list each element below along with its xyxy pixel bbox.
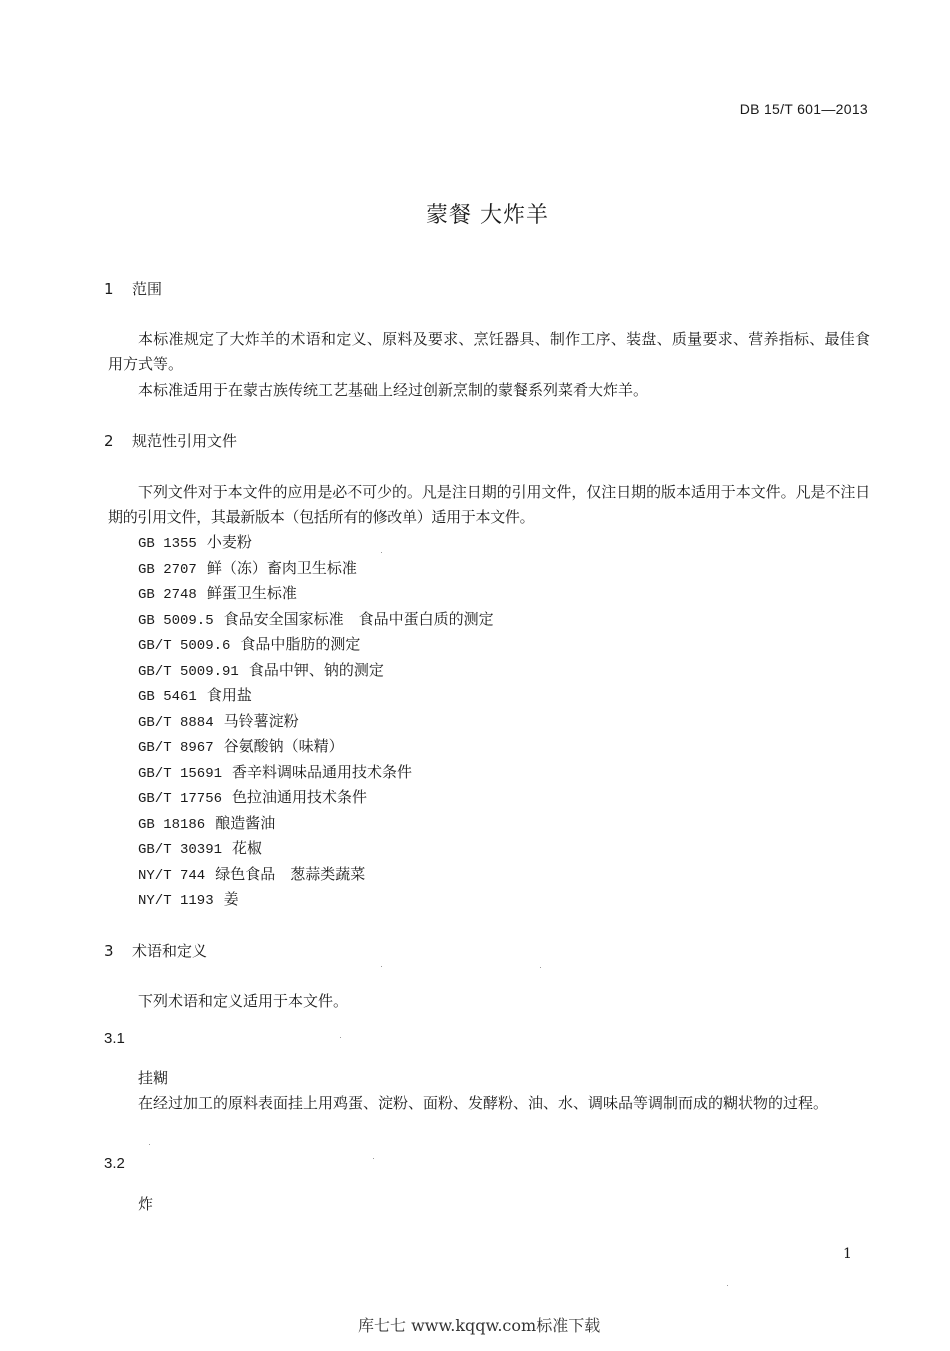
document-title: 蒙餐 大炸羊 bbox=[0, 198, 950, 229]
term-number: 3.1 bbox=[104, 1030, 125, 1047]
term-number: 3.2 bbox=[104, 1155, 125, 1172]
section-3-paragraph: 下列术语和定义适用于本文件。 bbox=[108, 989, 870, 1014]
reference-item: GB 2707鲜（冻）畜肉卫生标准 bbox=[138, 556, 494, 582]
reference-code: GB/T 8967 bbox=[138, 740, 214, 756]
section-title: 术语和定义 bbox=[132, 942, 207, 960]
reference-code: GB 1355 bbox=[138, 536, 197, 552]
reference-title: 小麦粉 bbox=[207, 533, 252, 551]
reference-title: 鲜蛋卫生标准 bbox=[207, 584, 297, 602]
reference-title: 食用盐 bbox=[207, 686, 252, 704]
reference-title: 马铃薯淀粉 bbox=[224, 712, 299, 730]
reference-item: NY/T 1193姜 bbox=[138, 887, 494, 913]
scan-speck bbox=[540, 967, 541, 968]
reference-code: GB 5461 bbox=[138, 689, 197, 705]
reference-item: GB/T 5009.91食品中钾、钠的测定 bbox=[138, 658, 494, 684]
term-name: 挂糊 bbox=[138, 1067, 168, 1088]
reference-code: GB 2707 bbox=[138, 562, 197, 578]
section-number: 2 bbox=[104, 432, 132, 450]
reference-code: GB/T 5009.91 bbox=[138, 664, 239, 680]
reference-code: GB/T 8884 bbox=[138, 715, 214, 731]
reference-title: 食品安全国家标准 食品中蛋白质的测定 bbox=[224, 610, 494, 628]
reference-code: GB 2748 bbox=[138, 587, 197, 603]
reference-title: 食品中脂肪的测定 bbox=[240, 635, 360, 653]
reference-title: 绿色食品 葱蒜类蔬菜 bbox=[215, 865, 365, 883]
section-number: 3 bbox=[104, 942, 132, 960]
reference-item: GB/T 5009.6食品中脂肪的测定 bbox=[138, 632, 494, 658]
reference-title: 色拉油通用技术条件 bbox=[232, 788, 367, 806]
term-name: 炸 bbox=[138, 1193, 153, 1214]
scan-speck bbox=[727, 1285, 728, 1286]
reference-item: GB/T 8884马铃薯淀粉 bbox=[138, 709, 494, 735]
section-2-heading: 2规范性引用文件 bbox=[104, 430, 237, 451]
section-3-heading: 3术语和定义 bbox=[104, 940, 207, 961]
reference-code: GB 5009.5 bbox=[138, 613, 214, 629]
normative-reference-list: GB 1355小麦粉 GB 2707鲜（冻）畜肉卫生标准 GB 2748鲜蛋卫生… bbox=[138, 530, 494, 913]
reference-title: 谷氨酸钠（味精） bbox=[224, 737, 344, 755]
section-1-paragraph-1: 本标准规定了大炸羊的术语和定义、原料及要求、烹饪器具、制作工序、装盘、质量要求、… bbox=[108, 327, 870, 377]
scan-speck bbox=[340, 1037, 341, 1038]
reference-item: GB/T 17756色拉油通用技术条件 bbox=[138, 785, 494, 811]
reference-title: 食品中钾、钠的测定 bbox=[249, 661, 384, 679]
scan-speck bbox=[381, 552, 382, 553]
section-number: 1 bbox=[104, 280, 132, 298]
reference-code: GB/T 30391 bbox=[138, 842, 222, 858]
reference-code: GB 18186 bbox=[138, 817, 205, 833]
reference-item: GB 5009.5食品安全国家标准 食品中蛋白质的测定 bbox=[138, 607, 494, 633]
reference-item: GB 18186酿造酱油 bbox=[138, 811, 494, 837]
reference-item: GB 1355小麦粉 bbox=[138, 530, 494, 556]
term-definition: 在经过加工的原料表面挂上用鸡蛋、淀粉、面粉、发酵粉、油、水、调味品等调制而成的糊… bbox=[108, 1091, 870, 1116]
reference-item: NY/T 744绿色食品 葱蒜类蔬菜 bbox=[138, 862, 494, 888]
section-1-paragraph-2: 本标准适用于在蒙古族传统工艺基础上经过创新烹制的蒙餐系列菜肴大炸羊。 bbox=[108, 378, 870, 403]
reference-item: GB 2748鲜蛋卫生标准 bbox=[138, 581, 494, 607]
section-2-paragraph: 下列文件对于本文件的应用是必不可少的。凡是注日期的引用文件，仅注日期的版本适用于… bbox=[108, 480, 870, 530]
reference-code: NY/T 744 bbox=[138, 868, 205, 884]
reference-code: GB/T 5009.6 bbox=[138, 638, 230, 654]
scan-speck bbox=[149, 1144, 150, 1145]
page-number: 1 bbox=[843, 1246, 852, 1262]
reference-item: GB/T 15691香辛料调味品通用技术条件 bbox=[138, 760, 494, 786]
reference-title: 酿造酱油 bbox=[215, 814, 275, 832]
section-1-heading: 1范围 bbox=[104, 278, 162, 299]
reference-item: GB 5461食用盐 bbox=[138, 683, 494, 709]
reference-title: 姜 bbox=[224, 890, 239, 908]
section-title: 范围 bbox=[132, 280, 162, 298]
reference-code: GB/T 17756 bbox=[138, 791, 222, 807]
footer-watermark: 库七七 www.kqqw.com标准下载 bbox=[358, 1313, 600, 1336]
reference-code: GB/T 15691 bbox=[138, 766, 222, 782]
reference-item: GB/T 8967谷氨酸钠（味精） bbox=[138, 734, 494, 760]
reference-item: GB/T 30391花椒 bbox=[138, 836, 494, 862]
reference-title: 香辛料调味品通用技术条件 bbox=[232, 763, 412, 781]
scan-speck bbox=[373, 1158, 374, 1159]
reference-title: 花椒 bbox=[232, 839, 262, 857]
reference-code: NY/T 1193 bbox=[138, 893, 214, 909]
section-title: 规范性引用文件 bbox=[132, 432, 237, 450]
scan-speck bbox=[381, 966, 382, 967]
document-code: DB 15/T 601—2013 bbox=[740, 101, 868, 117]
reference-title: 鲜（冻）畜肉卫生标准 bbox=[207, 559, 357, 577]
